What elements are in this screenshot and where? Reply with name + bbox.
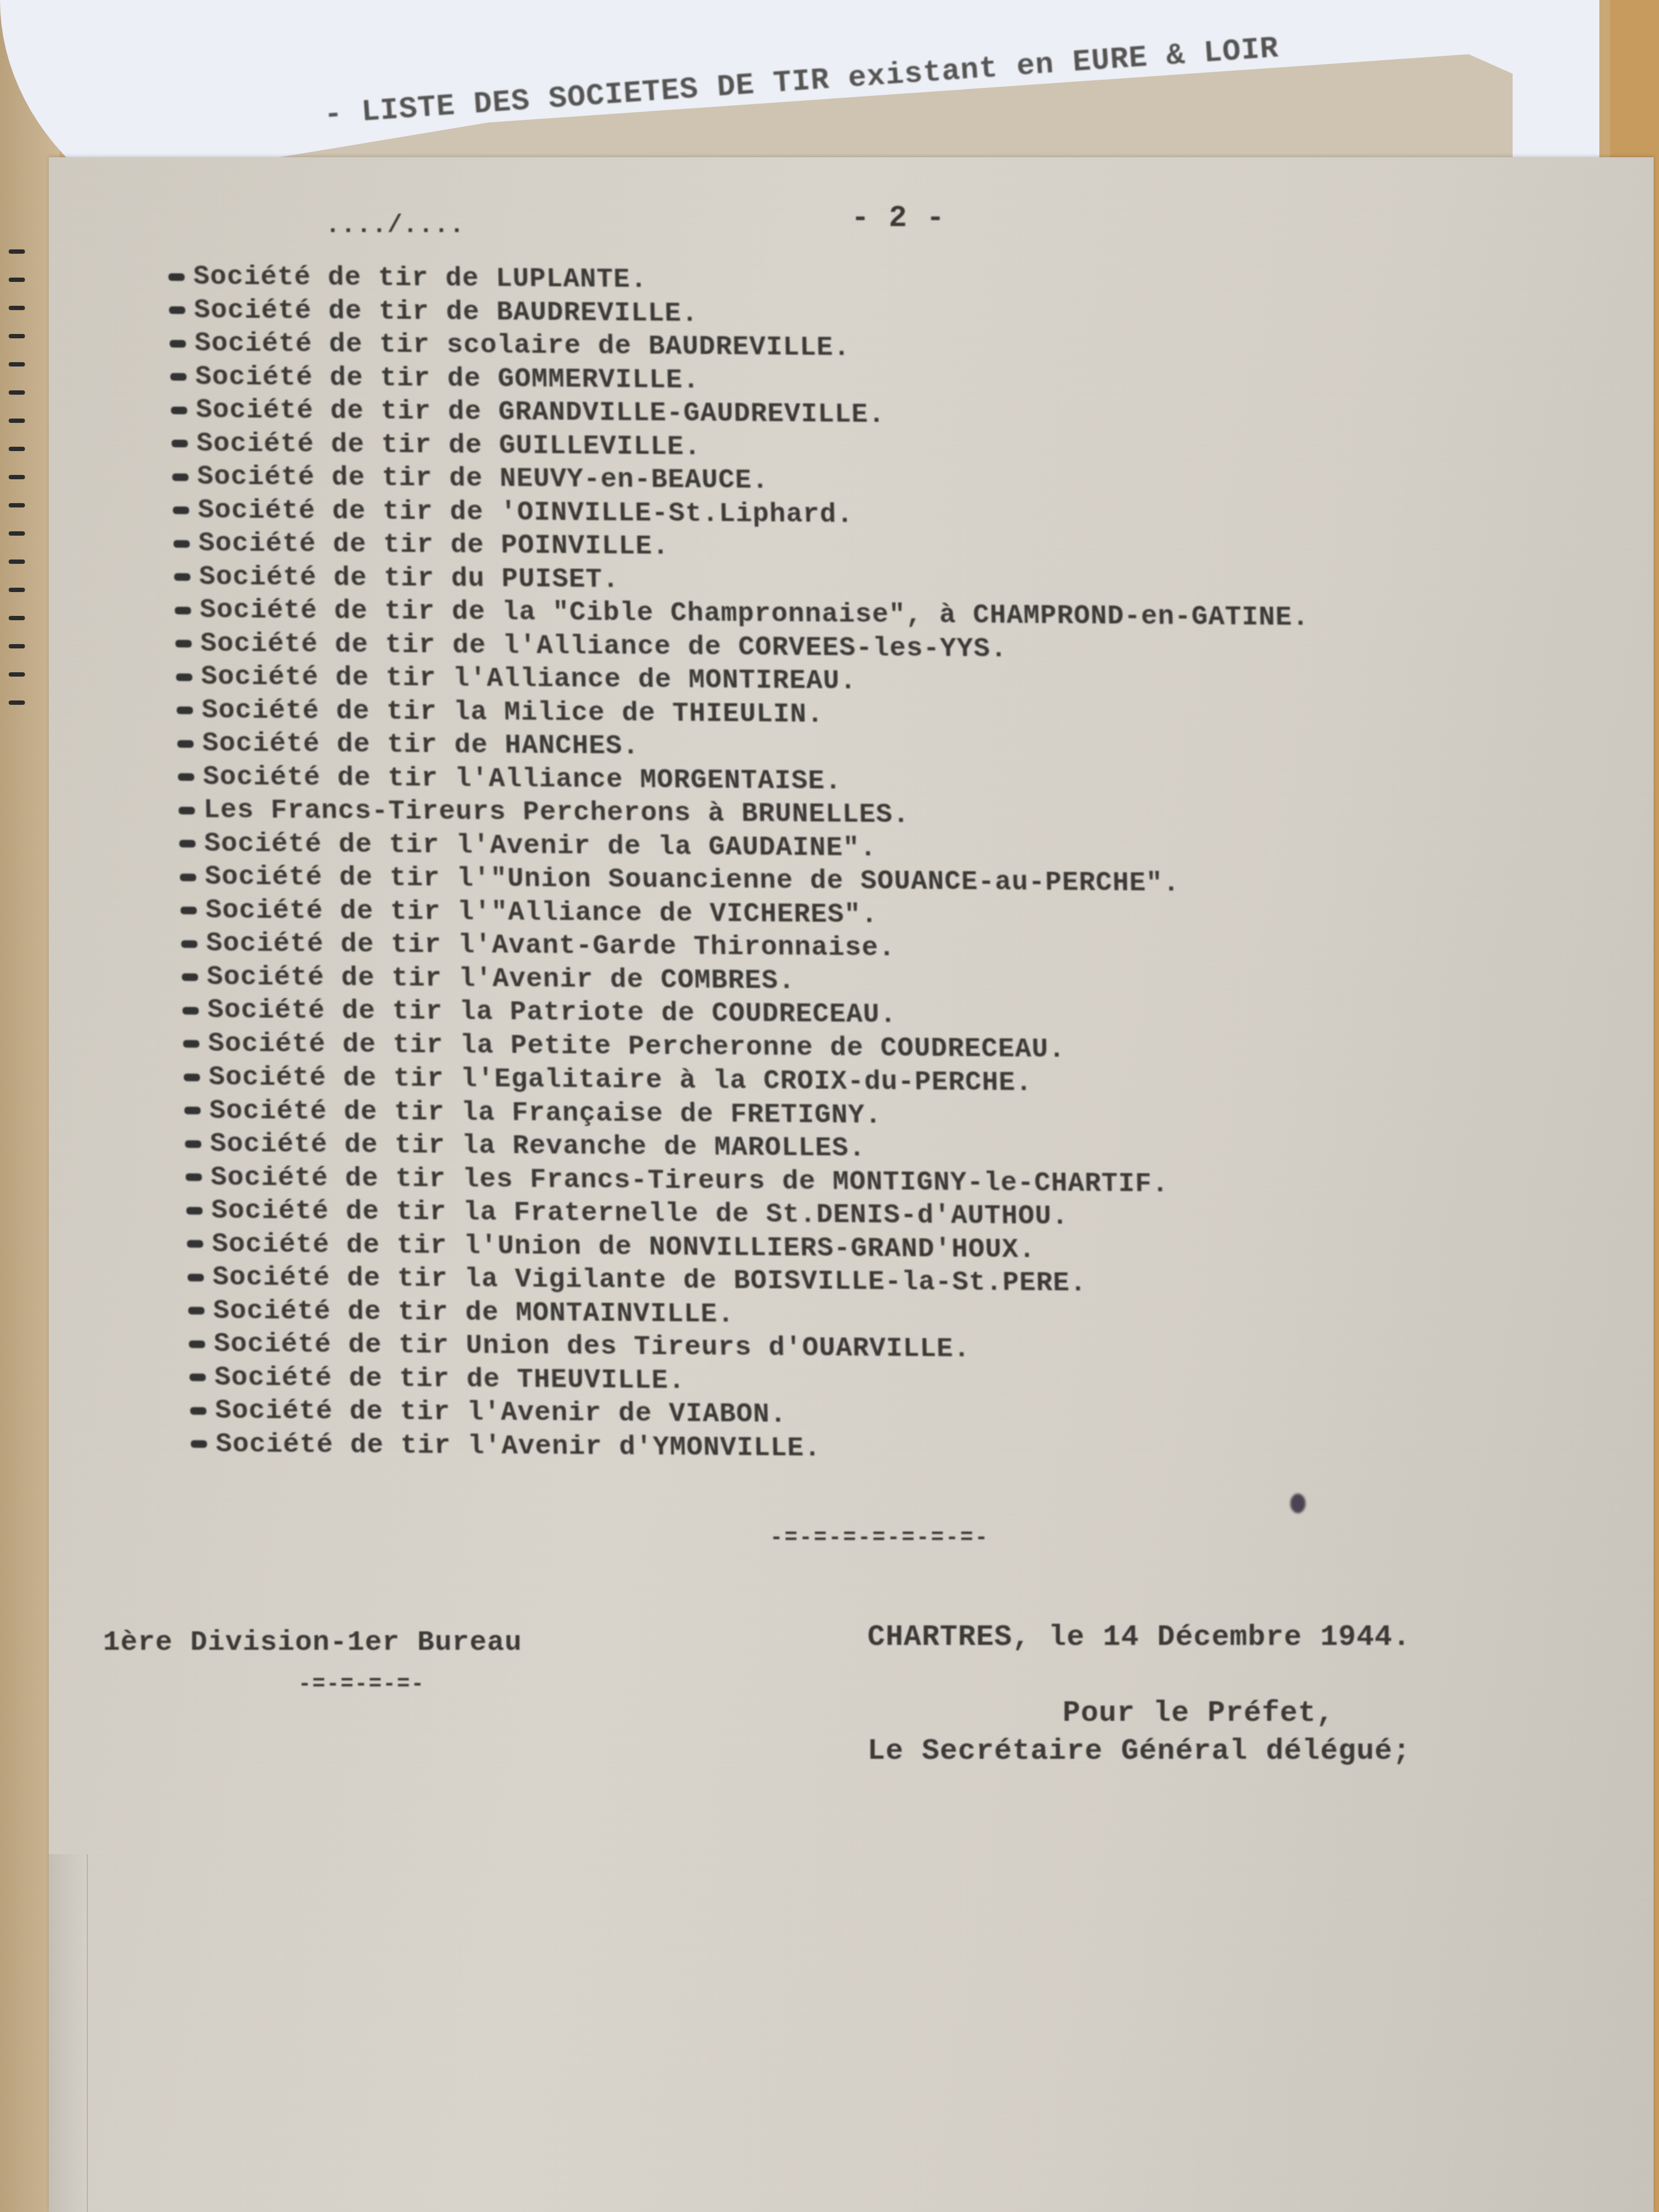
binder-hole-icon	[9, 334, 25, 338]
binder-hole-icon	[9, 700, 25, 705]
bullet-dash-icon	[184, 1073, 200, 1081]
binder-hole-icon	[9, 249, 25, 254]
bullet-dash-icon	[180, 873, 196, 881]
societies-list: Société de tir de LUPLANTE. Société de t…	[168, 260, 1326, 1469]
bullet-dash-icon	[182, 973, 198, 981]
binder-hole-icon	[9, 278, 25, 282]
section-separator: -=-=-=-=-=-=-=-	[770, 1526, 989, 1551]
bullet-dash-icon	[181, 940, 197, 948]
bullet-dash-icon	[178, 773, 194, 781]
bullet-dash-icon	[183, 1040, 200, 1047]
binder-hole-icon	[9, 644, 25, 648]
bullet-dash-icon	[189, 1340, 205, 1348]
bullet-dash-icon	[188, 1307, 204, 1315]
bullet-dash-icon	[189, 1374, 205, 1381]
bullet-dash-icon	[176, 673, 192, 681]
bullet-dash-icon	[187, 1240, 203, 1248]
binder-hole-icon	[9, 672, 25, 677]
bullet-dash-icon	[182, 1007, 198, 1014]
ink-stain-icon	[1290, 1494, 1306, 1513]
bullet-dash-icon	[171, 407, 187, 414]
division-underline: -=-=-=-=-	[298, 1673, 425, 1697]
bullet-dash-icon	[177, 740, 194, 748]
bullet-dash-icon	[175, 640, 191, 647]
bullet-dash-icon	[175, 607, 191, 614]
signature-line-1: Pour le Préfet,	[1063, 1697, 1334, 1730]
bullet-dash-icon	[187, 1207, 203, 1214]
binder-hole-icon	[9, 390, 25, 395]
bullet-dash-icon	[185, 1140, 201, 1148]
binder-hole-icon	[9, 362, 25, 366]
bullet-dash-icon	[173, 540, 190, 548]
bullet-dash-icon	[188, 1274, 204, 1281]
binder-holes	[5, 249, 33, 729]
bullet-dash-icon	[177, 706, 193, 714]
binder-hole-icon	[9, 475, 25, 479]
bullet-dash-icon	[170, 340, 186, 348]
bullet-dash-icon	[179, 840, 196, 847]
document-page: ..../.... - 2 - Société de tir de LUPLAN…	[49, 157, 1654, 2212]
binder-hole-icon	[9, 560, 25, 564]
place-date: CHARTRES, le 14 Décembre 1944.	[867, 1621, 1411, 1654]
binder-hole-icon	[9, 503, 25, 507]
bullet-dash-icon	[168, 273, 184, 281]
bullet-dash-icon	[190, 1407, 207, 1414]
signature-line-2: Le Secrétaire Général délégué;	[867, 1735, 1411, 1768]
continuation-mark: ..../....	[325, 211, 465, 240]
binder-hole-icon	[9, 616, 25, 620]
binder-hole-icon	[9, 531, 25, 536]
bullet-dash-icon	[181, 906, 197, 914]
page-number: - 2 -	[851, 201, 945, 235]
division-label: 1ère Division-1er Bureau	[103, 1626, 522, 1658]
bullet-dash-icon	[171, 440, 188, 447]
bullet-dash-icon	[172, 473, 189, 481]
bullet-dash-icon	[185, 1174, 202, 1181]
bullet-dash-icon	[173, 506, 189, 514]
binder-hole-icon	[9, 447, 25, 451]
bullet-dash-icon	[178, 807, 195, 814]
bullet-dash-icon	[174, 573, 190, 581]
page-fold-edge	[49, 1854, 88, 2212]
binder-hole-icon	[9, 588, 25, 592]
bullet-dash-icon	[184, 1107, 201, 1114]
binder-hole-icon	[9, 306, 25, 310]
bullet-dash-icon	[169, 306, 185, 314]
bullet-dash-icon	[170, 373, 187, 381]
binder-hole-icon	[9, 419, 25, 423]
bullet-dash-icon	[191, 1441, 207, 1448]
